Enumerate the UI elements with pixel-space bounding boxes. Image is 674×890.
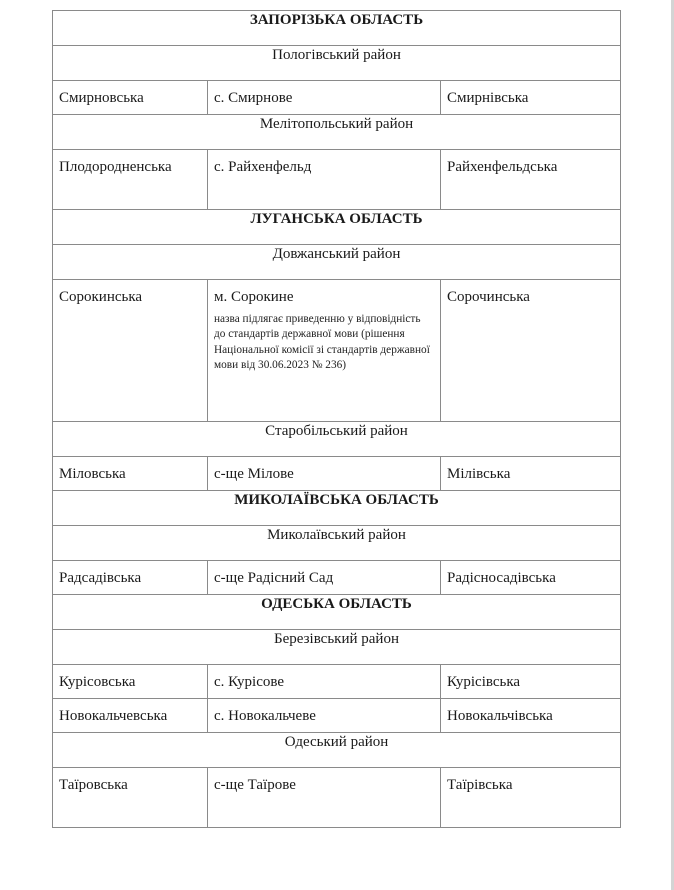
settlement-name: м. Сорокине (214, 288, 434, 306)
settlement-cell: с. Смирнове (208, 81, 441, 115)
raion-heading: Старобільський район (53, 422, 621, 457)
table-row: Плодородненська с. Райхенфельд Райхенфел… (53, 150, 621, 210)
old-community-cell: Плодородненська (53, 150, 208, 210)
table-row: Новокальчевська с. Новокальчеве Новокаль… (53, 699, 621, 733)
raion-heading: Березівський район (53, 630, 621, 665)
table-row: Курісовська с. Курісове Курісівська (53, 665, 621, 699)
new-community-cell: Райхенфельдська (441, 150, 621, 210)
oblast-heading: МИКОЛАЇВСЬКА ОБЛАСТЬ (53, 491, 621, 526)
settlement-cell: с-ще Мілове (208, 457, 441, 491)
raion-heading: Пологівський район (53, 46, 621, 81)
oblast-heading: ОДЕСЬКА ОБЛАСТЬ (53, 595, 621, 630)
raion-heading: Одеський район (53, 733, 621, 768)
settlement-cell: м. Сорокине назва підлягає приведенню у … (208, 280, 441, 422)
oblast-heading: ЗАПОРІЗЬКА ОБЛАСТЬ (53, 11, 621, 46)
table-row: Сорокинська м. Сорокине назва підлягає п… (53, 280, 621, 422)
new-community-cell: Смирнівська (441, 81, 621, 115)
old-community-cell: Радсадівська (53, 561, 208, 595)
settlement-cell: с. Новокальчеве (208, 699, 441, 733)
raion-heading: Миколаївський район (53, 526, 621, 561)
table-row: Смирновська с. Смирнове Смирнівська (53, 81, 621, 115)
old-community-cell: Смирновська (53, 81, 208, 115)
old-community-cell: Міловська (53, 457, 208, 491)
new-community-cell: Новокальчівська (441, 699, 621, 733)
settlement-cell: с-ще Таїрове (208, 768, 441, 828)
table-row: Радсадівська с-ще Радісний Сад Радісноса… (53, 561, 621, 595)
raion-heading: Довжанський район (53, 245, 621, 280)
old-community-cell: Сорокинська (53, 280, 208, 422)
settlement-cell: с-ще Радісний Сад (208, 561, 441, 595)
old-community-cell: Таїровська (53, 768, 208, 828)
settlement-cell: с. Курісове (208, 665, 441, 699)
renaming-table: ЗАПОРІЗЬКА ОБЛАСТЬ Пологівський район См… (52, 10, 621, 828)
oblast-heading: ЛУГАНСЬКА ОБЛАСТЬ (53, 210, 621, 245)
new-community-cell: Курісівська (441, 665, 621, 699)
old-community-cell: Новокальчевська (53, 699, 208, 733)
settlement-note: назва підлягає приведенню у відповідніст… (214, 312, 434, 374)
settlement-cell: с. Райхенфельд (208, 150, 441, 210)
table-row: Таїровська с-ще Таїрове Таїрівська (53, 768, 621, 828)
raion-heading: Мелітопольський район (53, 115, 621, 150)
table-row: Міловська с-ще Мілове Мілівська (53, 457, 621, 491)
new-community-cell: Радісносадівська (441, 561, 621, 595)
new-community-cell: Таїрівська (441, 768, 621, 828)
new-community-cell: Мілівська (441, 457, 621, 491)
old-community-cell: Курісовська (53, 665, 208, 699)
new-community-cell: Сорочинська (441, 280, 621, 422)
